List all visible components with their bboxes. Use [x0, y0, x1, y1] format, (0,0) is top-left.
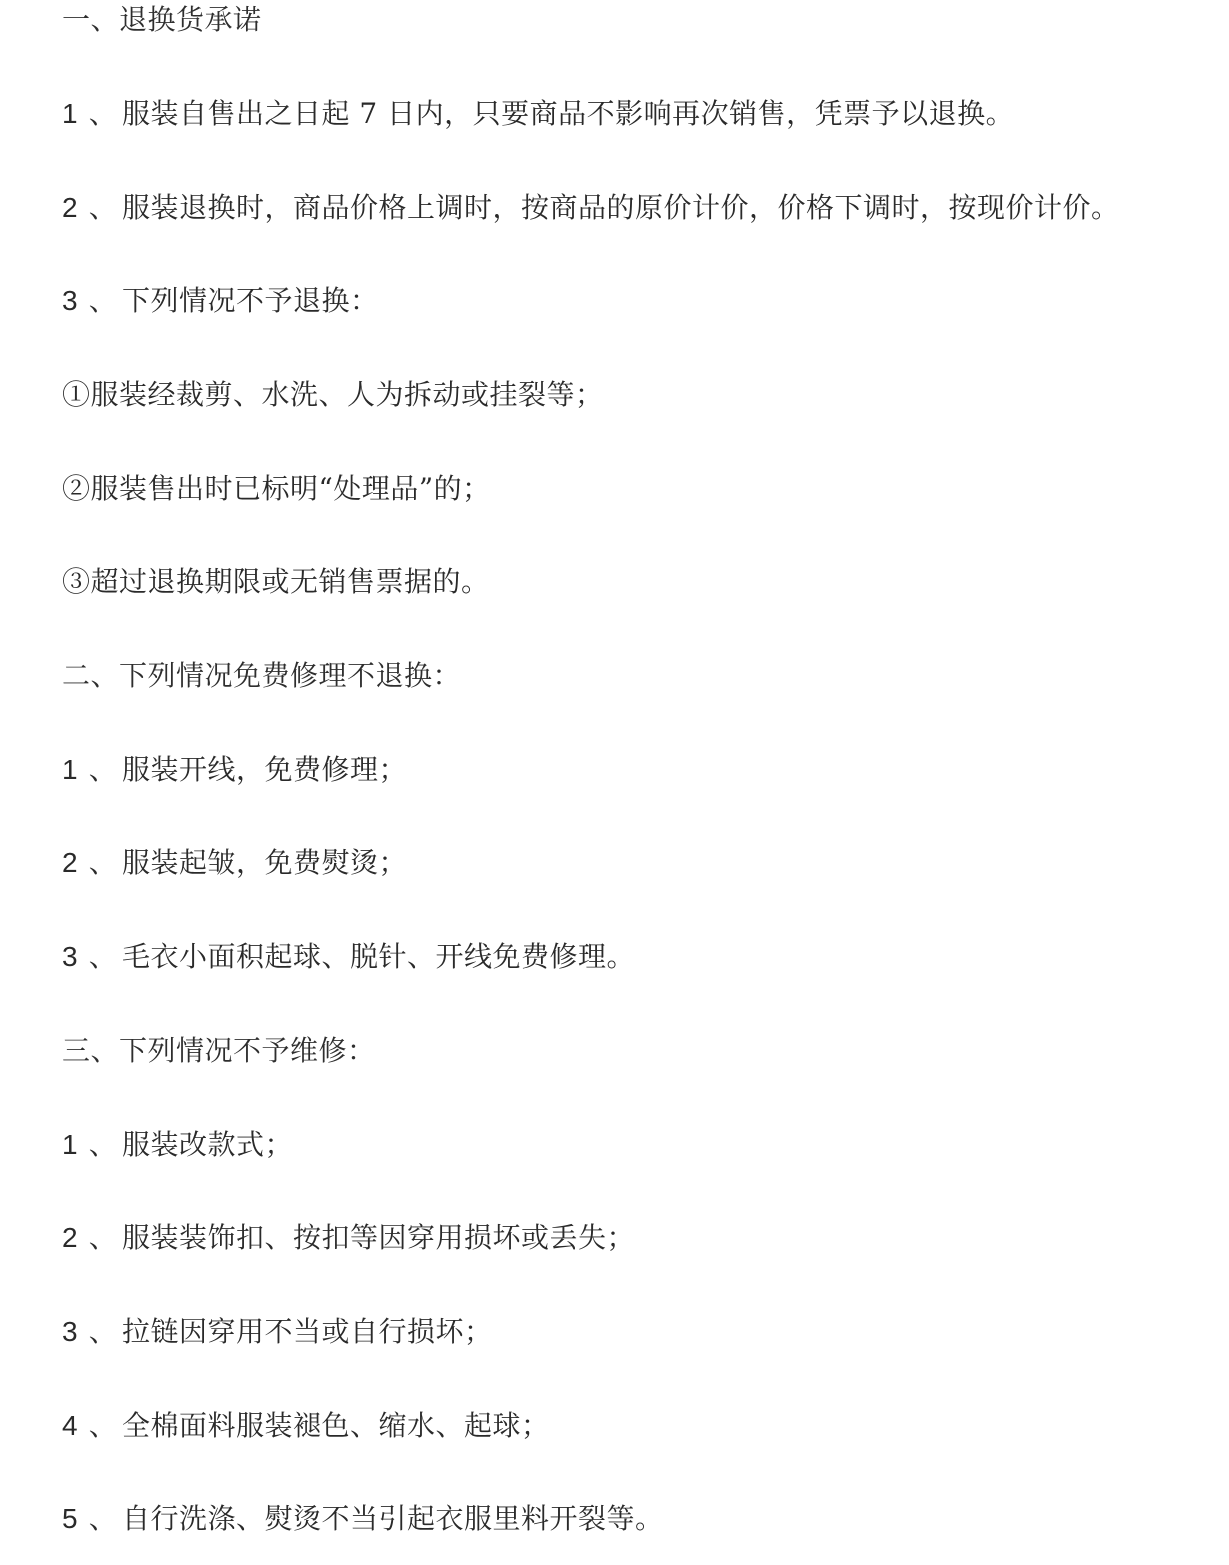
item-number: 2	[62, 843, 84, 883]
item-text: 服装自售出之日起 7 日内，只要商品不影响再次销售，凭票予以退换。	[122, 97, 1014, 130]
item-separator: 、	[84, 937, 122, 977]
item-separator: 、	[84, 750, 122, 790]
item-separator: 、	[84, 188, 122, 228]
list-item: 3、毛衣小面积起球、脱针、开线免费修理。	[62, 937, 635, 977]
heading-text: 三、下列情况不予维修：	[62, 1034, 376, 1067]
list-item: 3、下列情况不予退换：	[62, 281, 379, 321]
list-item: 1、服装开线，免费修理；	[62, 750, 407, 790]
heading-text: 二、下列情况免费修理不退换：	[62, 659, 461, 692]
item-text: 服装退换时，商品价格上调时，按商品的原价计价，价格下调时，按现价计价。	[122, 191, 1120, 224]
item-number: 1	[62, 750, 84, 790]
item-number: 2	[62, 1218, 84, 1258]
list-item: 2、服装起皱，免费熨烫；	[62, 843, 407, 883]
list-item: 1、服装改款式；	[62, 1125, 293, 1165]
heading-text: 一、退换货承诺	[62, 3, 262, 36]
item-text: 全棉面料服装褪色、缩水、起球；	[122, 1409, 550, 1442]
sub-item-text: ②服装售出时已标明“处理品”的；	[62, 472, 491, 505]
item-text: 服装起皱，免费熨烫；	[122, 846, 407, 879]
item-separator: 、	[84, 843, 122, 883]
item-number: 4	[62, 1406, 84, 1446]
item-separator: 、	[84, 94, 122, 134]
item-number: 5	[62, 1499, 84, 1539]
list-item: 4、全棉面料服装褪色、缩水、起球；	[62, 1406, 550, 1446]
item-separator: 、	[84, 1499, 122, 1539]
section-heading-2: 二、下列情况免费修理不退换：	[62, 656, 461, 696]
sub-item-text: ①服装经裁剪、水洗、人为拆动或挂裂等；	[62, 378, 604, 411]
item-number: 1	[62, 1125, 84, 1165]
document-page: 一、退换货承诺 1、服装自售出之日起 7 日内，只要商品不影响再次销售，凭票予以…	[0, 0, 1229, 1565]
item-text: 服装改款式；	[122, 1128, 293, 1161]
sub-list-item: ③超过退换期限或无销售票据的。	[62, 562, 490, 602]
item-number: 2	[62, 188, 84, 228]
sub-list-item: ②服装售出时已标明“处理品”的；	[62, 469, 491, 509]
section-heading-3: 三、下列情况不予维修：	[62, 1031, 376, 1071]
item-number: 3	[62, 937, 84, 977]
section-heading-1: 一、退换货承诺	[62, 0, 262, 40]
item-number: 3	[62, 1312, 84, 1352]
item-text: 服装开线，免费修理；	[122, 753, 407, 786]
item-number: 1	[62, 94, 84, 134]
list-item: 2、服装退换时，商品价格上调时，按商品的原价计价，价格下调时，按现价计价。	[62, 188, 1120, 228]
item-text: 下列情况不予退换：	[122, 284, 379, 317]
list-item: 2、服装装饰扣、按扣等因穿用损坏或丢失；	[62, 1218, 635, 1258]
item-text: 服装装饰扣、按扣等因穿用损坏或丢失；	[122, 1221, 635, 1254]
item-separator: 、	[84, 281, 122, 321]
item-text: 自行洗涤、熨烫不当引起衣服里料开裂等。	[122, 1502, 664, 1535]
item-number: 3	[62, 281, 84, 321]
sub-list-item: ①服装经裁剪、水洗、人为拆动或挂裂等；	[62, 375, 604, 415]
sub-item-text: ③超过退换期限或无销售票据的。	[62, 565, 490, 598]
item-separator: 、	[84, 1312, 122, 1352]
item-separator: 、	[84, 1218, 122, 1258]
list-item: 5、自行洗涤、熨烫不当引起衣服里料开裂等。	[62, 1499, 664, 1539]
item-separator: 、	[84, 1125, 122, 1165]
list-item: 3、拉链因穿用不当或自行损坏；	[62, 1312, 493, 1352]
item-separator: 、	[84, 1406, 122, 1446]
item-text: 拉链因穿用不当或自行损坏；	[122, 1315, 493, 1348]
item-text: 毛衣小面积起球、脱针、开线免费修理。	[122, 940, 635, 973]
list-item: 1、服装自售出之日起 7 日内，只要商品不影响再次销售，凭票予以退换。	[62, 94, 1014, 134]
